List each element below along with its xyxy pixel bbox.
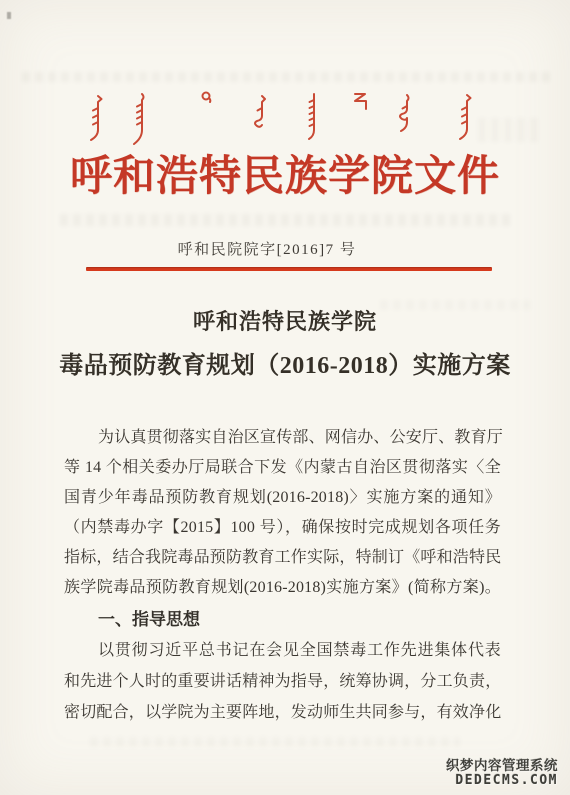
- mongolian-script-glyph-icon: [306, 92, 320, 142]
- body-line: 密切配合，以学院为主要阵地，发动师生共同参与，有效净化: [64, 697, 501, 728]
- body-line: （内禁毒办字【2015】100 号），确保按时完成规划各项任务: [64, 513, 501, 543]
- body-line: 等 14 个相关委办厅局联合下发《内蒙古自治区贯彻落实〈全: [64, 453, 501, 483]
- red-divider-rule: [86, 267, 492, 271]
- doc-title-line2: 毒品预防教育规划（2016-2018）实施方案: [0, 345, 570, 380]
- mongolian-script-glyph-icon: [200, 91, 212, 105]
- mongolian-script-glyph-icon: [253, 94, 269, 132]
- mongolian-script-glyph-icon: [89, 94, 105, 144]
- watermark-en-text: DEDECMS.COM: [446, 774, 558, 789]
- scan-corner-mark: [7, 12, 11, 19]
- body-line: 和先进个人时的重要讲话精神为指导，统筹协调，分工负责，: [64, 666, 501, 697]
- mongolian-script-glyph-icon: [132, 92, 150, 148]
- document-body: 为认真贯彻落实自治区宣传部、网信办、公安厅、教育厅 等 14 个相关委办厅局联合…: [64, 423, 501, 728]
- mongolian-script-glyph-icon: [398, 93, 414, 135]
- body-paragraph-2: 以贯彻习近平总书记在会见全国禁毒工作先进集体代表 和先进个人时的重要讲话精神为指…: [64, 635, 501, 728]
- scanned-document-page: 呼和浩特民族学院文件 呼和民院院字[2016]7 号 呼和浩特民族学院 毒品预防…: [0, 0, 570, 795]
- mongolian-script-glyph-icon: [352, 91, 368, 113]
- doc-title-line1: 呼和浩特民族学院: [0, 305, 570, 336]
- bleedthrough-smudge: [22, 72, 550, 82]
- watermark: 织梦内容管理系统 DEDECMS.COM: [446, 759, 558, 789]
- body-line: 国青少年毒品预防教育规划(2016-2018)〉实施方案的通知》: [64, 483, 501, 513]
- body-line: 以贯彻习近平总书记在会见全国禁毒工作先进集体代表: [64, 635, 501, 666]
- org-title: 呼和浩特民族学院文件: [0, 143, 570, 203]
- mongolian-script-glyph-icon: [458, 93, 474, 143]
- body-line: 族学院毒品预防教育规划(2016-2018)实施方案》(简称方案)。: [64, 573, 501, 603]
- section-heading: 一、指导思想: [64, 605, 501, 635]
- doc-number: 呼和民院院字[2016]7 号: [0, 238, 552, 259]
- body-line: 为认真贯彻落实自治区宣传部、网信办、公安厅、教育厅: [64, 423, 501, 453]
- watermark-cn-text: 织梦内容管理系统: [446, 759, 558, 775]
- bleedthrough-smudge: [478, 118, 540, 142]
- bleedthrough-smudge: [90, 737, 460, 747]
- body-line: 指标，结合我院毒品预防教育工作实际，特制订《呼和浩特民: [64, 543, 501, 573]
- bleedthrough-smudge: [60, 214, 510, 226]
- body-paragraph-1: 为认真贯彻落实自治区宣传部、网信办、公安厅、教育厅 等 14 个相关委办厅局联合…: [64, 423, 501, 603]
